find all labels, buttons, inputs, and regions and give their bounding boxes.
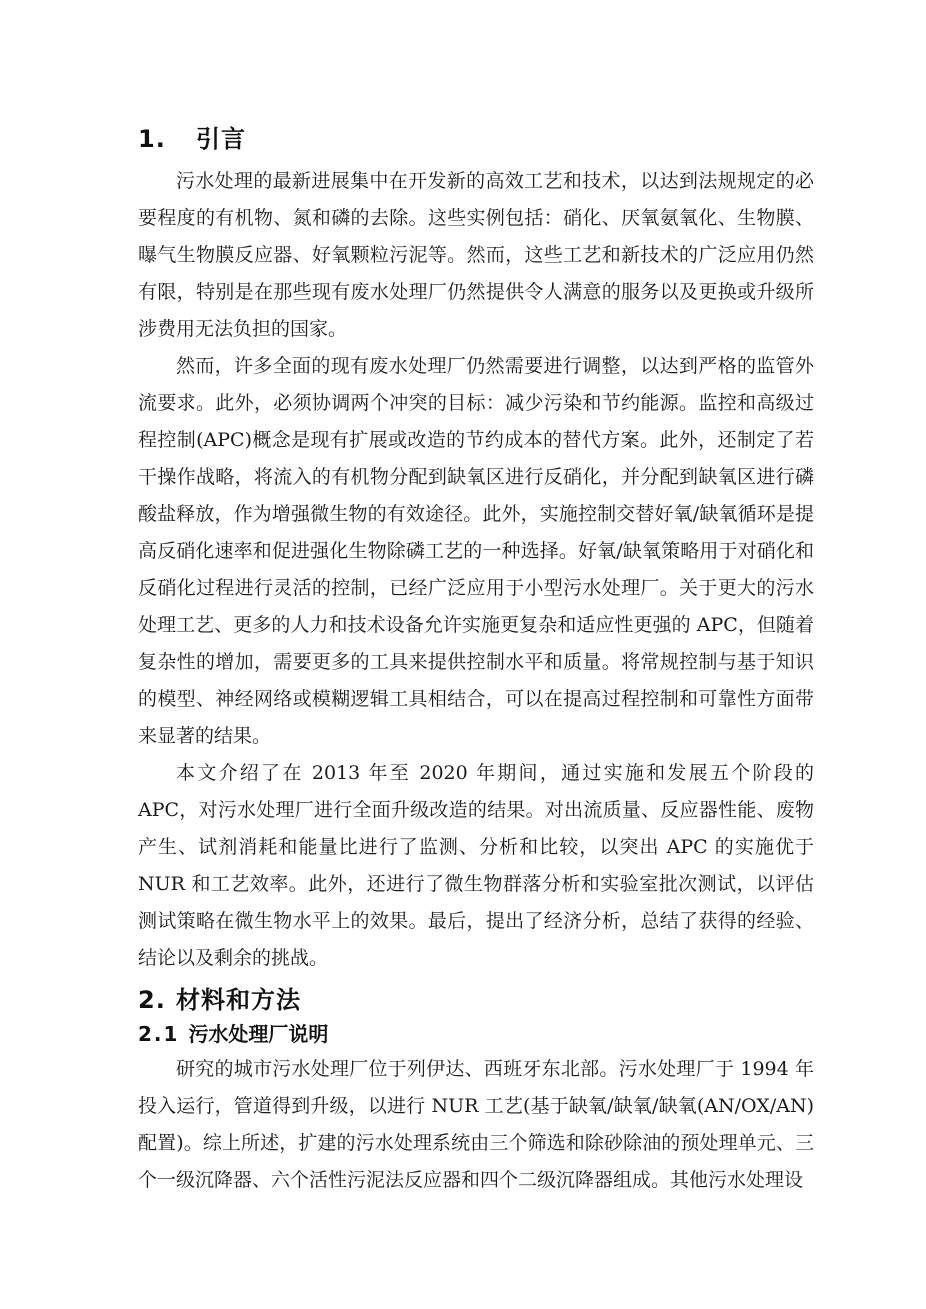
section-2-1-number: 2.1 — [138, 1021, 179, 1047]
section-2-title: 材料和方法 — [176, 986, 301, 1014]
plant-description-paragraph: 研究的城市污水处理厂位于列伊达、西班牙东北部。污水处理厂于 1994 年投入运行… — [138, 1051, 814, 1199]
section-2-number: 2. — [138, 985, 176, 1015]
intro-paragraph-3: 本文介绍了在 2013 年至 2020 年期间，通过实施和发展五个阶段的 APC… — [138, 755, 814, 977]
section-2-heading: 2.材料和方法 — [138, 985, 814, 1015]
section-2-1-title: 污水处理厂说明 — [188, 1022, 328, 1046]
intro-paragraph-2: 然而，许多全面的现有废水处理厂仍然需要进行调整，以达到严格的监管外流要求。此外，… — [138, 348, 814, 755]
document-page: 1.引言 污水处理的最新进展集中在开发新的高效工艺和技术，以达到法规规定的必要程… — [0, 0, 926, 1309]
document-content: 1.引言 污水处理的最新进展集中在开发新的高效工艺和技术，以达到法规规定的必要程… — [138, 124, 814, 1199]
section-2-1-heading: 2.1污水处理厂说明 — [138, 1021, 814, 1047]
section-1-number: 1. — [138, 124, 196, 154]
intro-paragraph-1: 污水处理的最新进展集中在开发新的高效工艺和技术，以达到法规规定的必要程度的有机物… — [138, 163, 814, 348]
section-1-title: 引言 — [196, 125, 246, 153]
section-1-heading: 1.引言 — [138, 124, 814, 154]
